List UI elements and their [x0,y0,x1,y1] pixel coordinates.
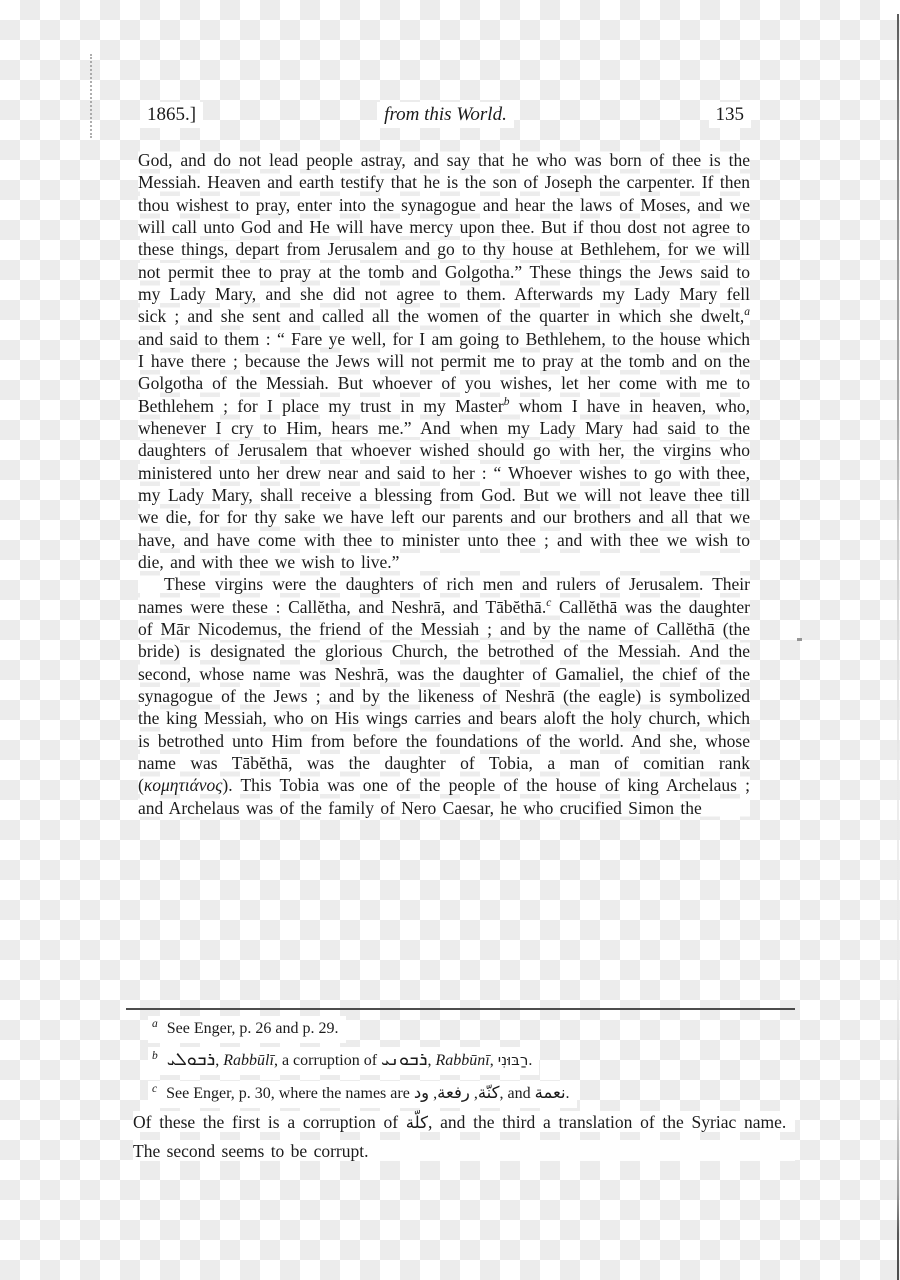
text-segment: Of these the first is a corruption of [133,1112,406,1132]
text-segment: , and [500,1085,535,1102]
footnote-b-text: ܪܒܘܠܝ, Rabbūlī, a corruption of ܪܒܘܢܝ, R… [167,1052,533,1069]
footnote-b-marker: b [150,1050,167,1062]
footnote-b: bܪܒܘܠܝ, Rabbūlī, a corruption of ܪܒܘܢܝ, … [148,1047,539,1075]
scan-speck [797,638,802,641]
text-segment: ܪܒܘܠܝ [167,1049,216,1070]
footnote-c-marker: c [150,1083,166,1095]
text-segment: Callĕthā was the daughter of Mār Nicodem… [138,597,750,796]
text-segment: نعمة [535,1083,566,1102]
text-segment: Rabbūnī [436,1052,490,1069]
text-segment: κομητιάνος [144,775,223,795]
text-segment: Rabbūlī [223,1052,274,1069]
footnote-continuation: Of these the first is a corruption of كل… [133,1108,795,1166]
text-segment: , a corruption of [274,1052,381,1069]
page-edge-line [897,14,899,1280]
footnote-a-marker: a [150,1018,167,1030]
footnote-c-text: See Enger, p. 30, where the names are كن… [166,1085,569,1102]
paragraph-1: God, and do not lead people astray, and … [138,149,750,573]
text-segment: See Enger, p. 26 and p. 29. [167,1020,339,1037]
text-segment: whom I have in heaven, who, whenever I c… [138,396,750,572]
text-segment: ܪܒܘܢܝ [381,1049,427,1070]
paragraph-2: These virgins were the daughters of rich… [138,573,750,819]
footnotes-block: aSee Enger, p. 26 and p. 29. bܪܒܘܠܝ, Rab… [148,1016,798,1112]
text-segment: رفعة [437,1083,470,1102]
text-segment: , [470,1085,478,1102]
text-segment: , [490,1052,498,1069]
text-segment: a [744,306,750,318]
footnote-divider [126,1008,795,1010]
text-segment: كلّة [406,1113,428,1132]
page-number: 135 [140,102,751,128]
text-segment: كنّة [478,1083,500,1102]
scanned-book-page: 1865.] from this World. 135 God, and do … [0,0,900,1280]
body-text-column: God, and do not lead people astray, and … [138,149,750,819]
binding-mark [90,54,92,138]
text-segment: רַבּוּנִי [498,1051,529,1069]
footnote-c: cSee Enger, p. 30, where the names are ك… [148,1081,577,1108]
footnote-a-text: See Enger, p. 26 and p. 29. [167,1020,339,1037]
text-segment: . [566,1085,570,1102]
text-segment: See Enger, p. 30, where the names are [166,1085,414,1102]
text-segment: , [428,1052,436,1069]
page-number-text: 135 [709,102,752,128]
text-segment: ود [414,1083,429,1102]
footnote-a: aSee Enger, p. 26 and p. 29. [148,1016,346,1043]
text-segment: . [528,1052,532,1069]
text-segment: God, and do not lead people astray, and … [138,150,750,326]
text-segment: , [429,1085,437,1102]
text-segment: ). This Tobia was one of the people of t… [138,775,750,817]
